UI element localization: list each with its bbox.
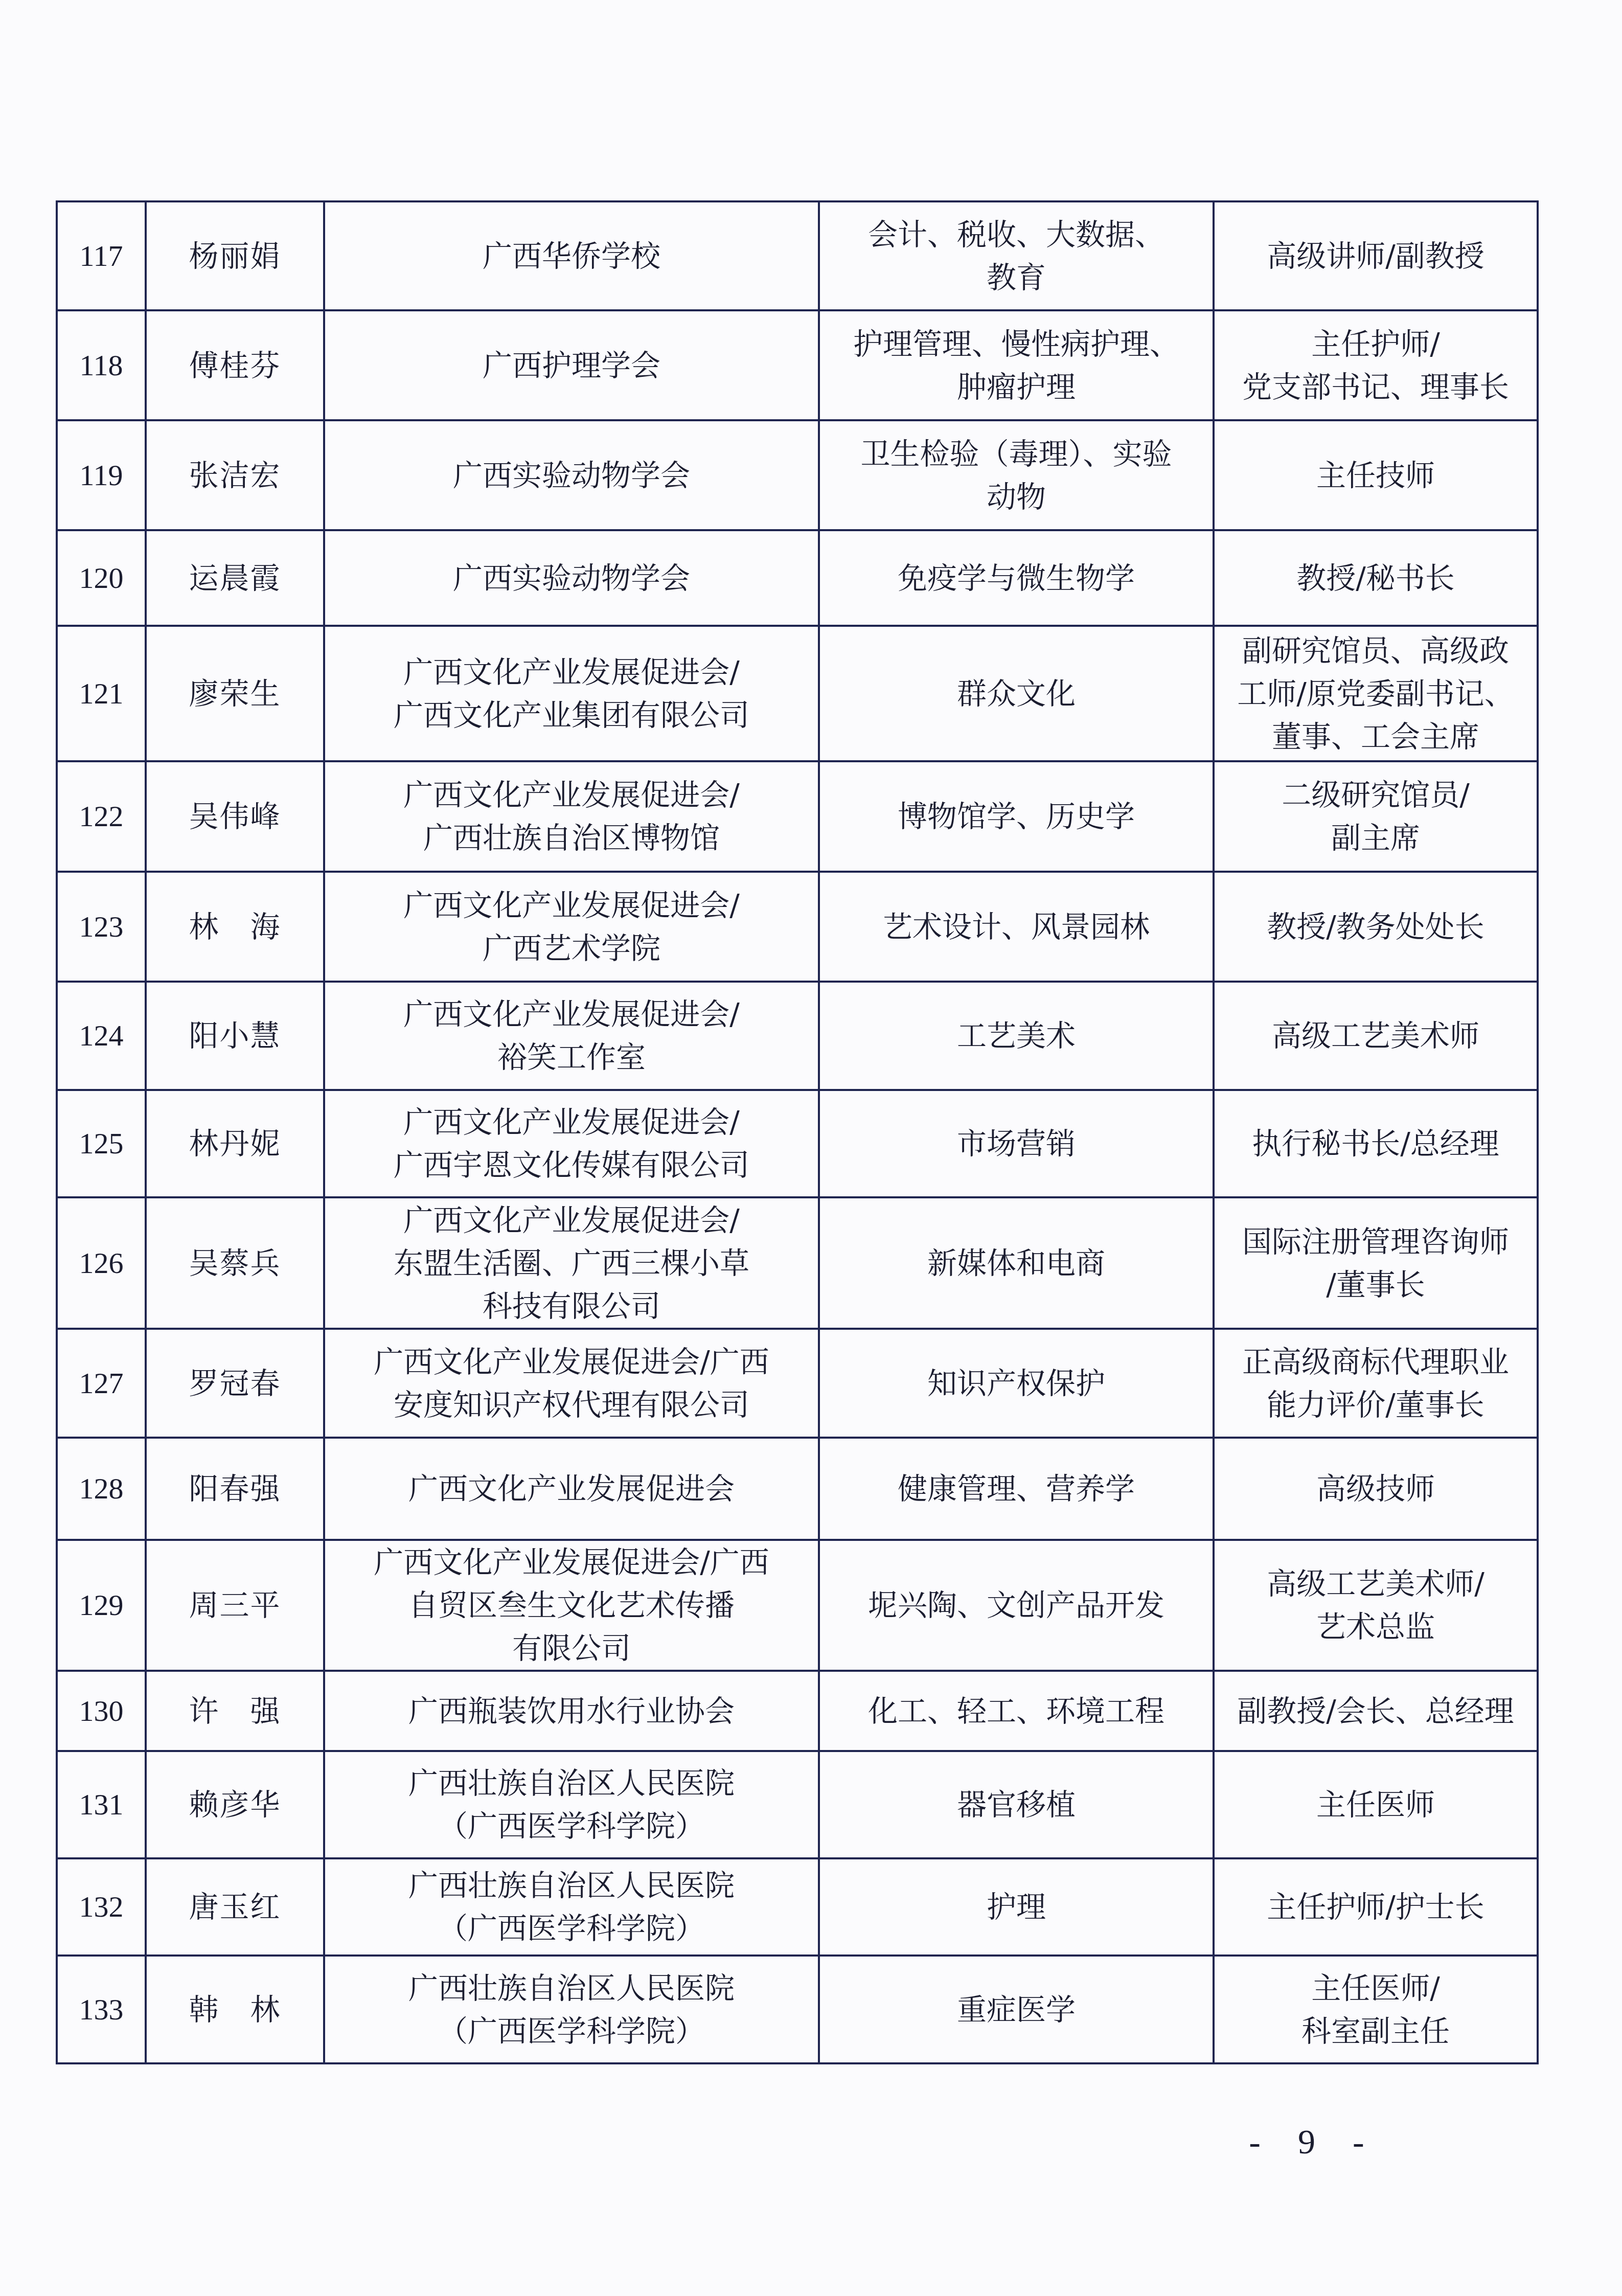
row-number-cell: 124 <box>57 982 146 1090</box>
title-position-cell: 正高级商标代理职业 能力评价/董事长 <box>1214 1329 1538 1438</box>
row-number-cell: 117 <box>57 201 146 310</box>
specialty-field-cell: 化工、轻工、环境工程 <box>819 1671 1214 1751</box>
title-position-cell: 主任技师 <box>1214 420 1538 530</box>
table-row: 120 运晨霞 广西实验动物学会 免疫学与微生物学 教授/秘书长 <box>57 530 1538 626</box>
organization-cell: 广西壮族自治区人民医院 （广西医学科学院） <box>324 1956 819 2063</box>
title-position-cell: 主任医师/ 科室副主任 <box>1214 1956 1538 2063</box>
specialty-field-cell: 博物馆学、历史学 <box>819 761 1214 872</box>
title-position-cell: 主任护师/ 党支部书记、理事长 <box>1214 310 1538 420</box>
table-row: 132 唐玉红 广西壮族自治区人民医院 （广西医学科学院） 护理 主任护师/护士… <box>57 1858 1538 1956</box>
name-cell: 运晨霞 <box>146 530 324 626</box>
title-position-cell: 教授/秘书长 <box>1214 530 1538 626</box>
row-number-cell: 130 <box>57 1671 146 1751</box>
title-position-cell: 高级工艺美术师 <box>1214 982 1538 1090</box>
organization-cell: 广西文化产业发展促进会/ 广西壮族自治区博物馆 <box>324 761 819 872</box>
table-row: 123 林 海 广西文化产业发展促进会/ 广西艺术学院 艺术设计、风景园林 教授… <box>57 872 1538 982</box>
organization-cell: 广西实验动物学会 <box>324 420 819 530</box>
table-row: 133 韩 林 广西壮族自治区人民医院 （广西医学科学院） 重症医学 主任医师/… <box>57 1956 1538 2063</box>
organization-cell: 广西瓶装饮用水行业协会 <box>324 1671 819 1751</box>
row-number-cell: 133 <box>57 1956 146 2063</box>
name-cell: 吴蔡兵 <box>146 1197 324 1329</box>
row-number-cell: 118 <box>57 310 146 420</box>
name-cell: 傅桂芬 <box>146 310 324 420</box>
name-cell: 张洁宏 <box>146 420 324 530</box>
organization-cell: 广西文化产业发展促进会 <box>324 1438 819 1540</box>
row-number-cell: 125 <box>57 1090 146 1197</box>
name-cell: 韩 林 <box>146 1956 324 2063</box>
table-row: 122 吴伟峰 广西文化产业发展促进会/ 广西壮族自治区博物馆 博物馆学、历史学… <box>57 761 1538 872</box>
table-row: 129 周三平 广西文化产业发展促进会/广西 自贸区叁生文化艺术传播 有限公司 … <box>57 1540 1538 1671</box>
organization-cell: 广西文化产业发展促进会/ 裕笑工作室 <box>324 982 819 1090</box>
organization-cell: 广西文化产业发展促进会/ 广西宇恩文化传媒有限公司 <box>324 1090 819 1197</box>
specialty-field-cell: 护理管理、慢性病护理、 肿瘤护理 <box>819 310 1214 420</box>
row-number-cell: 131 <box>57 1751 146 1858</box>
row-number-cell: 129 <box>57 1540 146 1671</box>
table-row: 121 廖荣生 广西文化产业发展促进会/ 广西文化产业集团有限公司 群众文化 副… <box>57 626 1538 761</box>
organization-cell: 广西文化产业发展促进会/广西 安度知识产权代理有限公司 <box>324 1329 819 1438</box>
organization-cell: 广西文化产业发展促进会/ 广西艺术学院 <box>324 872 819 982</box>
table-row: 130 许 强 广西瓶装饮用水行业协会 化工、轻工、环境工程 副教授/会长、总经… <box>57 1671 1538 1751</box>
table-row: 124 阳小慧 广西文化产业发展促进会/ 裕笑工作室 工艺美术 高级工艺美术师 <box>57 982 1538 1090</box>
specialty-field-cell: 新媒体和电商 <box>819 1197 1214 1329</box>
name-cell: 罗冠春 <box>146 1329 324 1438</box>
row-number-cell: 123 <box>57 872 146 982</box>
row-number-cell: 127 <box>57 1329 146 1438</box>
title-position-cell: 主任护师/护士长 <box>1214 1858 1538 1956</box>
title-position-cell: 高级工艺美术师/ 艺术总监 <box>1214 1540 1538 1671</box>
document-page: 117 杨丽娟 广西华侨学校 会计、税收、大数据、 教育 高级讲师/副教授 11… <box>0 0 1622 2296</box>
row-number-cell: 126 <box>57 1197 146 1329</box>
organization-cell: 广西壮族自治区人民医院 （广西医学科学院） <box>324 1751 819 1858</box>
title-position-cell: 教授/教务处处长 <box>1214 872 1538 982</box>
title-position-cell: 高级技师 <box>1214 1438 1538 1540</box>
specialty-field-cell: 重症医学 <box>819 1956 1214 2063</box>
name-cell: 周三平 <box>146 1540 324 1671</box>
specialty-field-cell: 护理 <box>819 1858 1214 1956</box>
specialty-field-cell: 市场营销 <box>819 1090 1214 1197</box>
title-position-cell: 执行秘书长/总经理 <box>1214 1090 1538 1197</box>
table-row: 127 罗冠春 广西文化产业发展促进会/广西 安度知识产权代理有限公司 知识产权… <box>57 1329 1538 1438</box>
name-cell: 阳小慧 <box>146 982 324 1090</box>
organization-cell: 广西壮族自治区人民医院 （广西医学科学院） <box>324 1858 819 1956</box>
row-number-cell: 119 <box>57 420 146 530</box>
organization-cell: 广西护理学会 <box>324 310 819 420</box>
row-number-cell: 122 <box>57 761 146 872</box>
name-cell: 杨丽娟 <box>146 201 324 310</box>
page-number: - 9 - <box>1247 2122 1380 2162</box>
name-cell: 唐玉红 <box>146 1858 324 1956</box>
title-position-cell: 国际注册管理咨询师 /董事长 <box>1214 1197 1538 1329</box>
table-row: 125 林丹妮 广西文化产业发展促进会/ 广西宇恩文化传媒有限公司 市场营销 执… <box>57 1090 1538 1197</box>
specialty-field-cell: 知识产权保护 <box>819 1329 1214 1438</box>
name-cell: 林 海 <box>146 872 324 982</box>
name-cell: 廖荣生 <box>146 626 324 761</box>
table-row: 119 张洁宏 广西实验动物学会 卫生检验（毒理）、实验 动物 主任技师 <box>57 420 1538 530</box>
roster-table-body: 117 杨丽娟 广西华侨学校 会计、税收、大数据、 教育 高级讲师/副教授 11… <box>57 201 1538 2063</box>
specialty-field-cell: 工艺美术 <box>819 982 1214 1090</box>
row-number-cell: 128 <box>57 1438 146 1540</box>
specialty-field-cell: 会计、税收、大数据、 教育 <box>819 201 1214 310</box>
specialty-field-cell: 免疫学与微生物学 <box>819 530 1214 626</box>
row-number-cell: 120 <box>57 530 146 626</box>
title-position-cell: 副研究馆员、高级政 工师/原党委副书记、 董事、工会主席 <box>1214 626 1538 761</box>
title-position-cell: 高级讲师/副教授 <box>1214 201 1538 310</box>
specialty-field-cell: 健康管理、营养学 <box>819 1438 1214 1540</box>
name-cell: 吴伟峰 <box>146 761 324 872</box>
specialty-field-cell: 坭兴陶、文创产品开发 <box>819 1540 1214 1671</box>
organization-cell: 广西文化产业发展促进会/ 东盟生活圈、广西三棵小草 科技有限公司 <box>324 1197 819 1329</box>
specialty-field-cell: 器官移植 <box>819 1751 1214 1858</box>
expert-roster-table: 117 杨丽娟 广西华侨学校 会计、税收、大数据、 教育 高级讲师/副教授 11… <box>56 200 1539 2064</box>
table-row: 118 傅桂芬 广西护理学会 护理管理、慢性病护理、 肿瘤护理 主任护师/ 党支… <box>57 310 1538 420</box>
table-row: 128 阳春强 广西文化产业发展促进会 健康管理、营养学 高级技师 <box>57 1438 1538 1540</box>
title-position-cell: 主任医师 <box>1214 1751 1538 1858</box>
table-row: 117 杨丽娟 广西华侨学校 会计、税收、大数据、 教育 高级讲师/副教授 <box>57 201 1538 310</box>
specialty-field-cell: 艺术设计、风景园林 <box>819 872 1214 982</box>
row-number-cell: 121 <box>57 626 146 761</box>
name-cell: 林丹妮 <box>146 1090 324 1197</box>
table-row: 131 赖彦华 广西壮族自治区人民医院 （广西医学科学院） 器官移植 主任医师 <box>57 1751 1538 1858</box>
row-number-cell: 132 <box>57 1858 146 1956</box>
name-cell: 赖彦华 <box>146 1751 324 1858</box>
organization-cell: 广西华侨学校 <box>324 201 819 310</box>
title-position-cell: 二级研究馆员/ 副主席 <box>1214 761 1538 872</box>
title-position-cell: 副教授/会长、总经理 <box>1214 1671 1538 1751</box>
table-row: 126 吴蔡兵 广西文化产业发展促进会/ 东盟生活圈、广西三棵小草 科技有限公司… <box>57 1197 1538 1329</box>
name-cell: 阳春强 <box>146 1438 324 1540</box>
organization-cell: 广西文化产业发展促进会/ 广西文化产业集团有限公司 <box>324 626 819 761</box>
specialty-field-cell: 群众文化 <box>819 626 1214 761</box>
organization-cell: 广西实验动物学会 <box>324 530 819 626</box>
specialty-field-cell: 卫生检验（毒理）、实验 动物 <box>819 420 1214 530</box>
organization-cell: 广西文化产业发展促进会/广西 自贸区叁生文化艺术传播 有限公司 <box>324 1540 819 1671</box>
name-cell: 许 强 <box>146 1671 324 1751</box>
